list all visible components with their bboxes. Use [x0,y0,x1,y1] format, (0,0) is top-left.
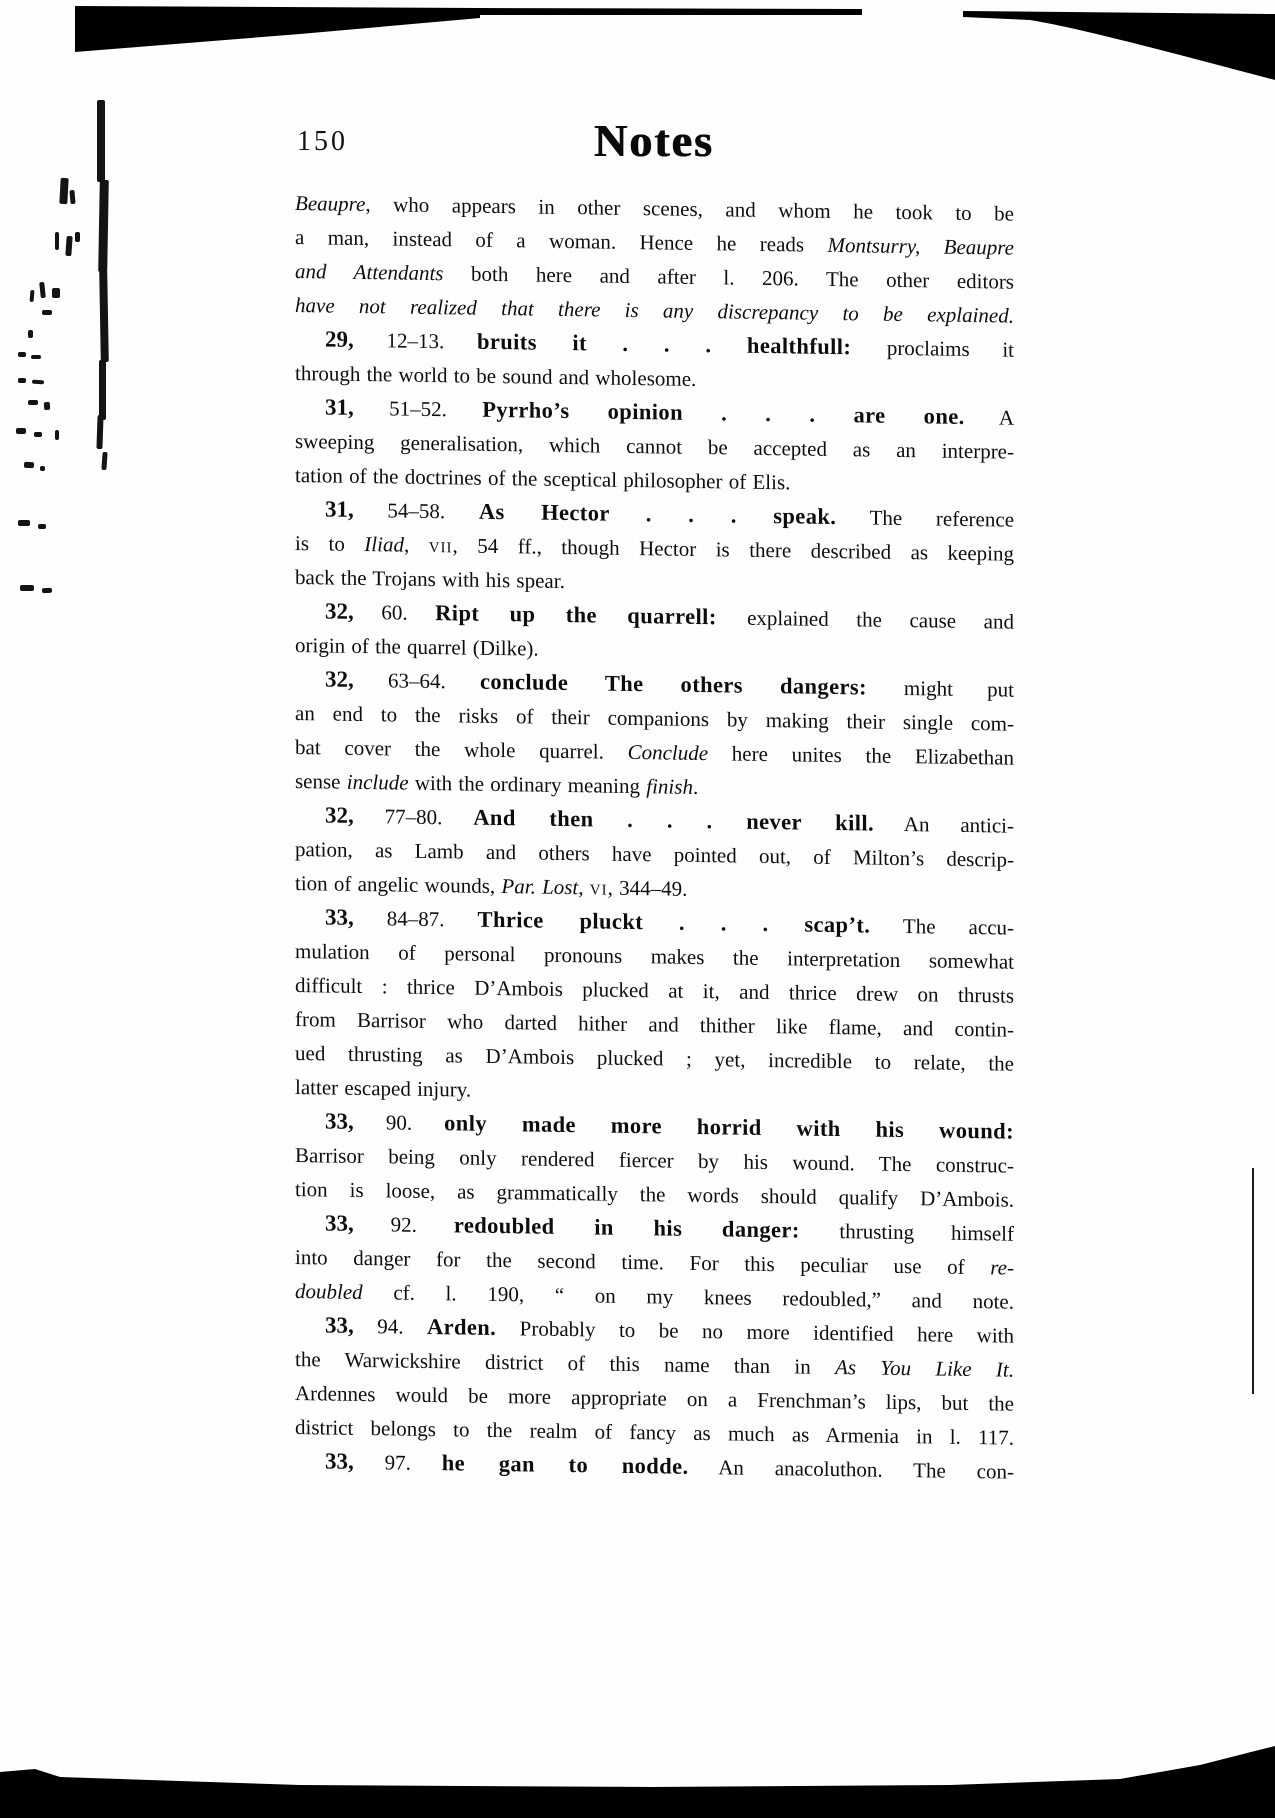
scan-smudge [24,462,34,468]
text-segment: The reference [836,505,1014,532]
text-segment: Arden. [427,1314,496,1340]
note-paragraph: Beaupre, who appears in other scenes, an… [295,186,1014,333]
text-segment: 12–13. [354,328,477,354]
text-segment: finish [646,774,693,799]
note-paragraph: 29, 12–13. bruits it . . . healthfull: p… [295,322,1014,401]
text-segment: he gan to nodde. [442,1450,689,1479]
text-segment: An antici- [874,812,1014,838]
scan-smudge [38,524,46,529]
scan-smudge [55,232,59,250]
text-segment: . [693,775,698,799]
text-segment: Pyrrho’s opinion . . . are one. [482,397,964,429]
text-segment: 33, [325,1108,354,1133]
text-segment: vii [429,533,453,557]
text-segment: Barrisor being only rendered fiercer by … [295,1143,1014,1178]
scan-page-edge-line [1252,1168,1254,1394]
text-segment: difficult : thrice D’Ambois plucked at i… [295,973,1014,1008]
note-paragraph: 33, 90. only made more horrid with his w… [295,1104,1014,1217]
text-segment: vi [590,875,608,899]
scan-smudge [18,352,26,357]
text-segment: tation of the doctrines of the sceptical… [295,463,790,494]
text-segment: explained the cause and [747,606,1014,634]
text-segment: 51–52. [354,396,482,422]
scan-smudge [59,178,68,204]
text-segment: 94. [354,1314,427,1339]
text-segment: an end to the risks of their companions … [295,701,1014,736]
text-segment: proclaims it [887,336,1014,362]
text-segment: 77–80. [354,804,474,830]
text-segment: Ardennes would be more appropriate on a … [295,1381,1014,1416]
scan-smudge [31,355,41,359]
text-segment: , 54 ff., though Hector is there describ… [453,533,1015,565]
text-segment: through the world to be sound and wholes… [295,361,696,391]
text-segment: doubled [295,1279,363,1304]
text-segment: district belongs to the realm of fancy a… [295,1415,1014,1450]
text-segment: 29, [325,326,354,351]
scan-smudge [75,232,80,242]
scan-smudge [65,236,72,256]
scan-smudge [42,310,52,315]
text-segment: Montsurry, Beaupre [827,233,1014,260]
text-segment: bat cover the whole quarrel. [295,735,628,764]
scan-artifact-bottom-edge [0,1743,1275,1818]
scan-artifact-top-edge [0,0,1275,90]
text-segment: cf. l. 190, “ on my knees redoubled,” an… [363,1280,1014,1314]
text-segment: tion is loose, as grammatically the word… [295,1177,1014,1212]
text-segment: 97. [354,1450,442,1475]
text-segment: , who appears in other scenes, and whom … [365,192,1014,226]
scan-smudge [28,400,38,405]
text-segment: 60. [354,600,435,625]
text-segment: include [347,770,409,795]
note-paragraph: 32, 63–64. conclude The others dangers: … [295,662,1014,809]
scan-smudge [18,378,26,383]
note-paragraph: 32, 77–80. And then . . . never kill. An… [295,798,1014,911]
text-segment: tion of angelic wounds, [295,871,501,898]
text-segment: is to [295,531,364,556]
text-segment: sweeping generalisation, which cannot be… [295,429,1014,464]
notes-text-block: Beaupre, who appears in other scenes, an… [295,186,1014,1489]
text-segment: the Warwickshire district of this name t… [295,1347,835,1379]
text-segment: 32, [325,802,354,827]
scan-smudge [101,452,107,470]
text-segment: 32, [325,666,354,691]
scan-smudge [29,290,34,302]
scan-smudge [40,466,45,471]
text-segment: , [404,533,429,557]
scan-smudge [39,282,46,298]
text-segment: both here and after l. 206. The other ed… [443,261,1014,293]
scan-smudge [98,180,109,272]
text-segment: sense [295,769,347,794]
text-segment: 33, [325,904,354,929]
text-segment: might put [904,676,1014,702]
scan-smudge [44,402,51,410]
note-paragraph: 33, 94. Arden. Probably to be no more id… [295,1308,1014,1455]
scan-smudge [55,430,59,440]
text-segment: 54–58. [354,498,479,524]
scan-smudge [28,330,33,338]
text-segment: bruits it . . . healthfull: [477,329,887,360]
text-segment: pation, as Lamb and others have pointed … [295,837,1014,872]
text-segment: Iliad [364,532,404,557]
scan-smudge [52,288,60,298]
text-segment: , [578,875,590,899]
text-segment: a man, instead of a woman. Hence he read… [295,225,827,257]
text-segment: 92. [354,1212,454,1237]
text-segment: origin of the quarrel (Dilke). [295,633,539,661]
text-segment: 84–87. [354,906,478,932]
text-segment: As You Like It. [835,1355,1014,1382]
text-segment: 90. [354,1110,444,1135]
text-segment: Beaupre [295,191,365,216]
text-segment: Thrice pluckt . . . scap’t. [478,907,871,938]
scan-smudge [32,380,44,385]
scan-smudge [99,270,109,362]
text-segment: A [965,405,1014,430]
note-paragraph: 33, 92. redoubled in his danger: thrusti… [295,1206,1014,1319]
text-segment: As Hector . . . speak. [479,499,836,529]
text-segment: thrusting himself [839,1219,1014,1246]
scan-smudge [16,428,26,434]
text-segment: from Barrisor who darted hither and thit… [295,1007,1014,1042]
text-segment: Conclude [628,740,708,765]
running-head-title: Notes [295,114,1013,167]
text-segment: back the Trojans with his spear. [295,565,565,593]
scan-smudge [34,432,42,437]
text-segment: Ript up the quarrell: [435,600,747,630]
text-segment: mulation of personal pronouns makes the … [295,939,1014,974]
text-segment: into danger for the second time. For thi… [295,1245,990,1279]
text-segment: Probably to be no more identified here w… [496,1316,1014,1348]
text-segment: 33, [325,1448,354,1473]
scan-smudge [99,360,106,420]
text-segment: 63–64. [354,668,480,694]
text-segment: Par. Lost [501,874,578,899]
text-segment: with the ordinary meaning [409,771,647,799]
text-segment: ued thrusting as D’Ambois plucked ; yet,… [295,1041,1014,1076]
text-segment: 31, [325,496,354,521]
text-segment: only made more horrid with his wound: [444,1110,1014,1143]
scan-smudge [97,100,105,182]
text-segment: re- [990,1255,1014,1279]
text-segment: here unites the Elizabethan [708,741,1014,770]
text-segment: 33, [325,1210,354,1235]
text-segment: And then . . . never kill. [473,805,874,836]
text-segment: 31, [325,394,354,419]
text-segment: 32, [325,598,354,623]
note-paragraph: 32, 60. Ript up the quarrell: explained … [295,594,1014,673]
text-segment: 33, [325,1312,354,1337]
text-segment: have not realized that there is any disc… [295,293,1014,328]
scan-smudge [42,588,52,594]
text-segment: conclude The others dangers: [480,669,904,700]
text-segment: An anacoluthon. The con- [689,1455,1014,1484]
scan-smudge [96,415,103,449]
text-segment: , 344–49. [608,876,688,901]
scan-smudge [20,585,34,591]
text-segment: redoubled in his danger: [454,1212,840,1243]
text-segment: The accu- [870,914,1014,940]
note-paragraph: 31, 51–52. Pyrrho’s opinion . . . are on… [295,390,1014,503]
scan-smudge [18,520,30,526]
note-paragraph: 31, 54–58. As Hector . . . speak. The re… [295,492,1014,605]
scan-smudge [69,190,75,204]
text-segment: latter escaped injury. [295,1075,471,1102]
text-segment: and Attendants [295,259,443,285]
note-paragraph: 33, 84–87. Thrice pluckt . . . scap’t. T… [295,900,1014,1115]
